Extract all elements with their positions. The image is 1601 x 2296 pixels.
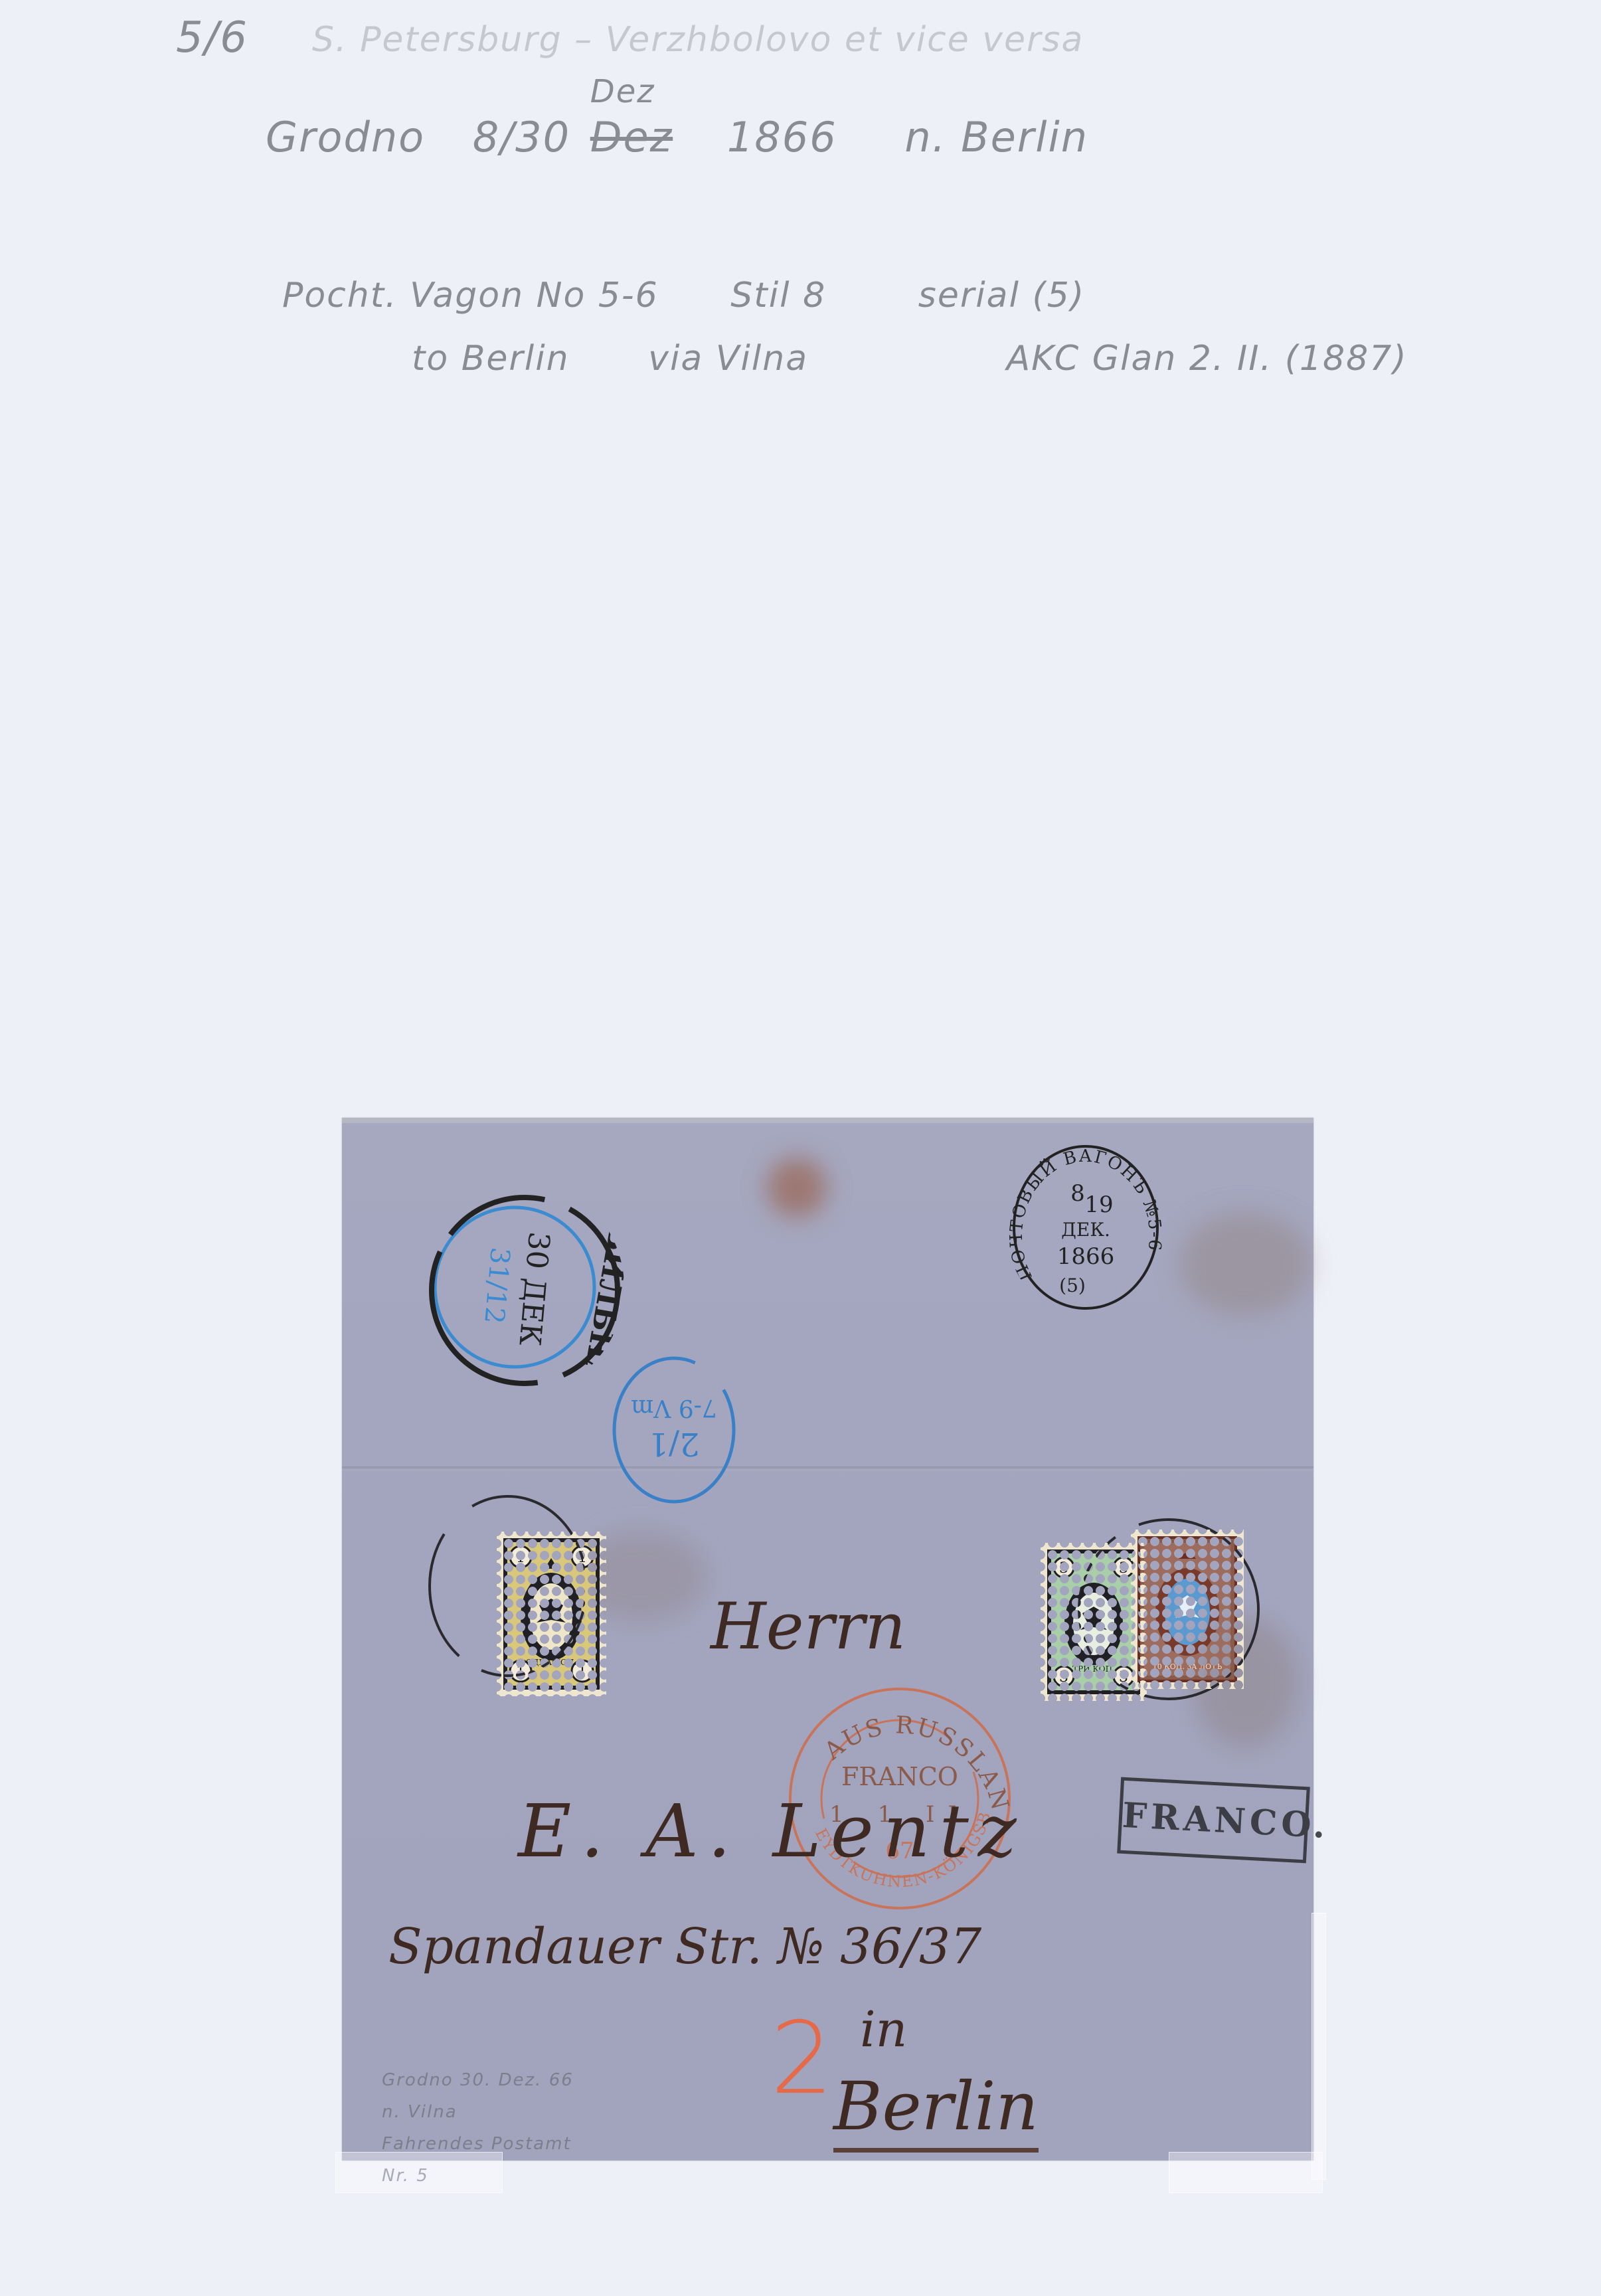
note-place: Grodno [266, 113, 425, 161]
address-street: Spandauer Str. № 36/37 [388, 1918, 981, 1975]
stain [767, 1158, 827, 1217]
svg-text:ДЕК.: ДЕК. [1061, 1219, 1110, 1241]
red-crayon-rate: 2 [770, 2001, 833, 2117]
svg-text:10 КОП. ЗА ЛОТЪ: 10 КОП. ЗА ЛОТЪ [1153, 1662, 1222, 1671]
cover-top-edge [342, 1118, 1313, 1123]
note-route: to Berlin [412, 339, 570, 379]
svg-text:3: 3 [1119, 1560, 1128, 1577]
note-via: via Vilna [648, 339, 808, 379]
svg-text:1: 1 [578, 1664, 587, 1680]
berlin-arrival-postmark: 2/1 7-9 Vm [608, 1354, 740, 1506]
note-style: Stil 8 [730, 276, 826, 315]
stamp-1-kopeck-design: 1 1 1 1 ОДНА КОП. [503, 1538, 600, 1690]
stamp-10-kopeck-design: 10 КОП. ЗА ЛОТЪ [1138, 1536, 1237, 1682]
svg-text:ТРИ КОП.: ТРИ КОП. [1072, 1664, 1115, 1674]
vilna-postmark: ВИЛЬНА 30 ДЕК 31/12 [405, 1178, 624, 1397]
svg-text:2/1: 2/1 [648, 1425, 699, 1462]
cover-note-line2: n. Vilna [382, 2096, 594, 2128]
stamp-3-kopeck-art: 3 3 3 3 ТРИ КОП. [1051, 1553, 1136, 1690]
note-line2: Pocht. Vagon No 5-6 Stil 8 serial (5) [282, 276, 1085, 315]
svg-text:31/12: 31/12 [478, 1246, 515, 1325]
note-line3: to Berlin via Vilna AKC Glan 2. II. (188… [412, 339, 1408, 379]
note-destination: n. Berlin [904, 113, 1088, 161]
cover-note-line1: Grodno 30. Dez. 66 [382, 2064, 594, 2096]
address-name: E. A. Lentz [518, 1789, 1026, 1874]
album-mount-right [1169, 2152, 1323, 2193]
address-in: in [860, 2001, 907, 2058]
svg-text:1: 1 [516, 1664, 525, 1680]
svg-text:1: 1 [578, 1549, 587, 1566]
note-reference: AKC Glan 2. II. (1887) [1007, 339, 1408, 379]
stamp-1-kopeck: 1 1 1 1 ОДНА КОП. [497, 1532, 606, 1696]
note-year: 1866 [727, 113, 837, 161]
faint-heading: S. Petersburg – Verzhbolovo et vice vers… [312, 20, 1084, 60]
stamp-1-kopeck-art: 1 1 1 1 ОДНА КОП. [507, 1542, 596, 1686]
note-line1: Grodno 8/30 Dez Dez 1866 n. Berlin [266, 113, 1088, 161]
franco-handstamp: FRANCO. [1117, 1777, 1310, 1864]
svg-text:30 ДЕК: 30 ДЕК [512, 1231, 556, 1348]
svg-text:3: 3 [1059, 1560, 1068, 1577]
stamp-3-kopeck-design: 3 3 3 3 ТРИ КОП. [1047, 1549, 1140, 1694]
note-serial: serial (5) [918, 276, 1085, 315]
note-month-struck: Dez [590, 113, 673, 161]
fold-line [342, 1466, 1313, 1470]
stamp-10-kopeck-art: 10 КОП. ЗА ЛОТЪ [1140, 1539, 1234, 1680]
note-wagon: Pocht. Vagon No 5-6 [282, 276, 659, 315]
svg-text:3: 3 [1119, 1669, 1128, 1686]
page-number: 5/6 [176, 13, 248, 62]
note-month-correction: Dez [590, 73, 655, 110]
note-month: Dez Dez [590, 113, 673, 161]
svg-text:FRANCO: FRANCO [841, 1762, 958, 1791]
note-date: 8/30 [473, 113, 570, 161]
album-mount-side [1311, 1913, 1326, 2180]
svg-text:ОДНА КОП.: ОДНА КОП. [526, 1658, 576, 1667]
address-city: Berlin [833, 2068, 1039, 2153]
album-mount-left [335, 2152, 503, 2193]
postal-cover: ВИЛЬНА 30 ДЕК 31/12 ПОЧТОВЫЙ ВАГОНЪ №5-6… [342, 1118, 1313, 2161]
svg-text:1: 1 [516, 1549, 525, 1566]
stain [1179, 1211, 1311, 1317]
svg-text:1866: 1866 [1057, 1243, 1115, 1270]
stamp-10-kopeck: 10 КОП. ЗА ЛОТЪ [1131, 1530, 1244, 1689]
svg-text:7-9 Vm: 7-9 Vm [631, 1394, 717, 1421]
svg-text:3: 3 [1059, 1669, 1068, 1686]
svg-text:19: 19 [1084, 1192, 1113, 1218]
railway-postmark: ПОЧТОВЫЙ ВАГОНЪ №5-6 8 19 ДЕК. 1866 (5) [1006, 1138, 1165, 1317]
svg-text:8: 8 [1070, 1180, 1085, 1207]
address-salutation: Herrn [711, 1589, 906, 1664]
svg-text:(5): (5) [1059, 1275, 1086, 1296]
